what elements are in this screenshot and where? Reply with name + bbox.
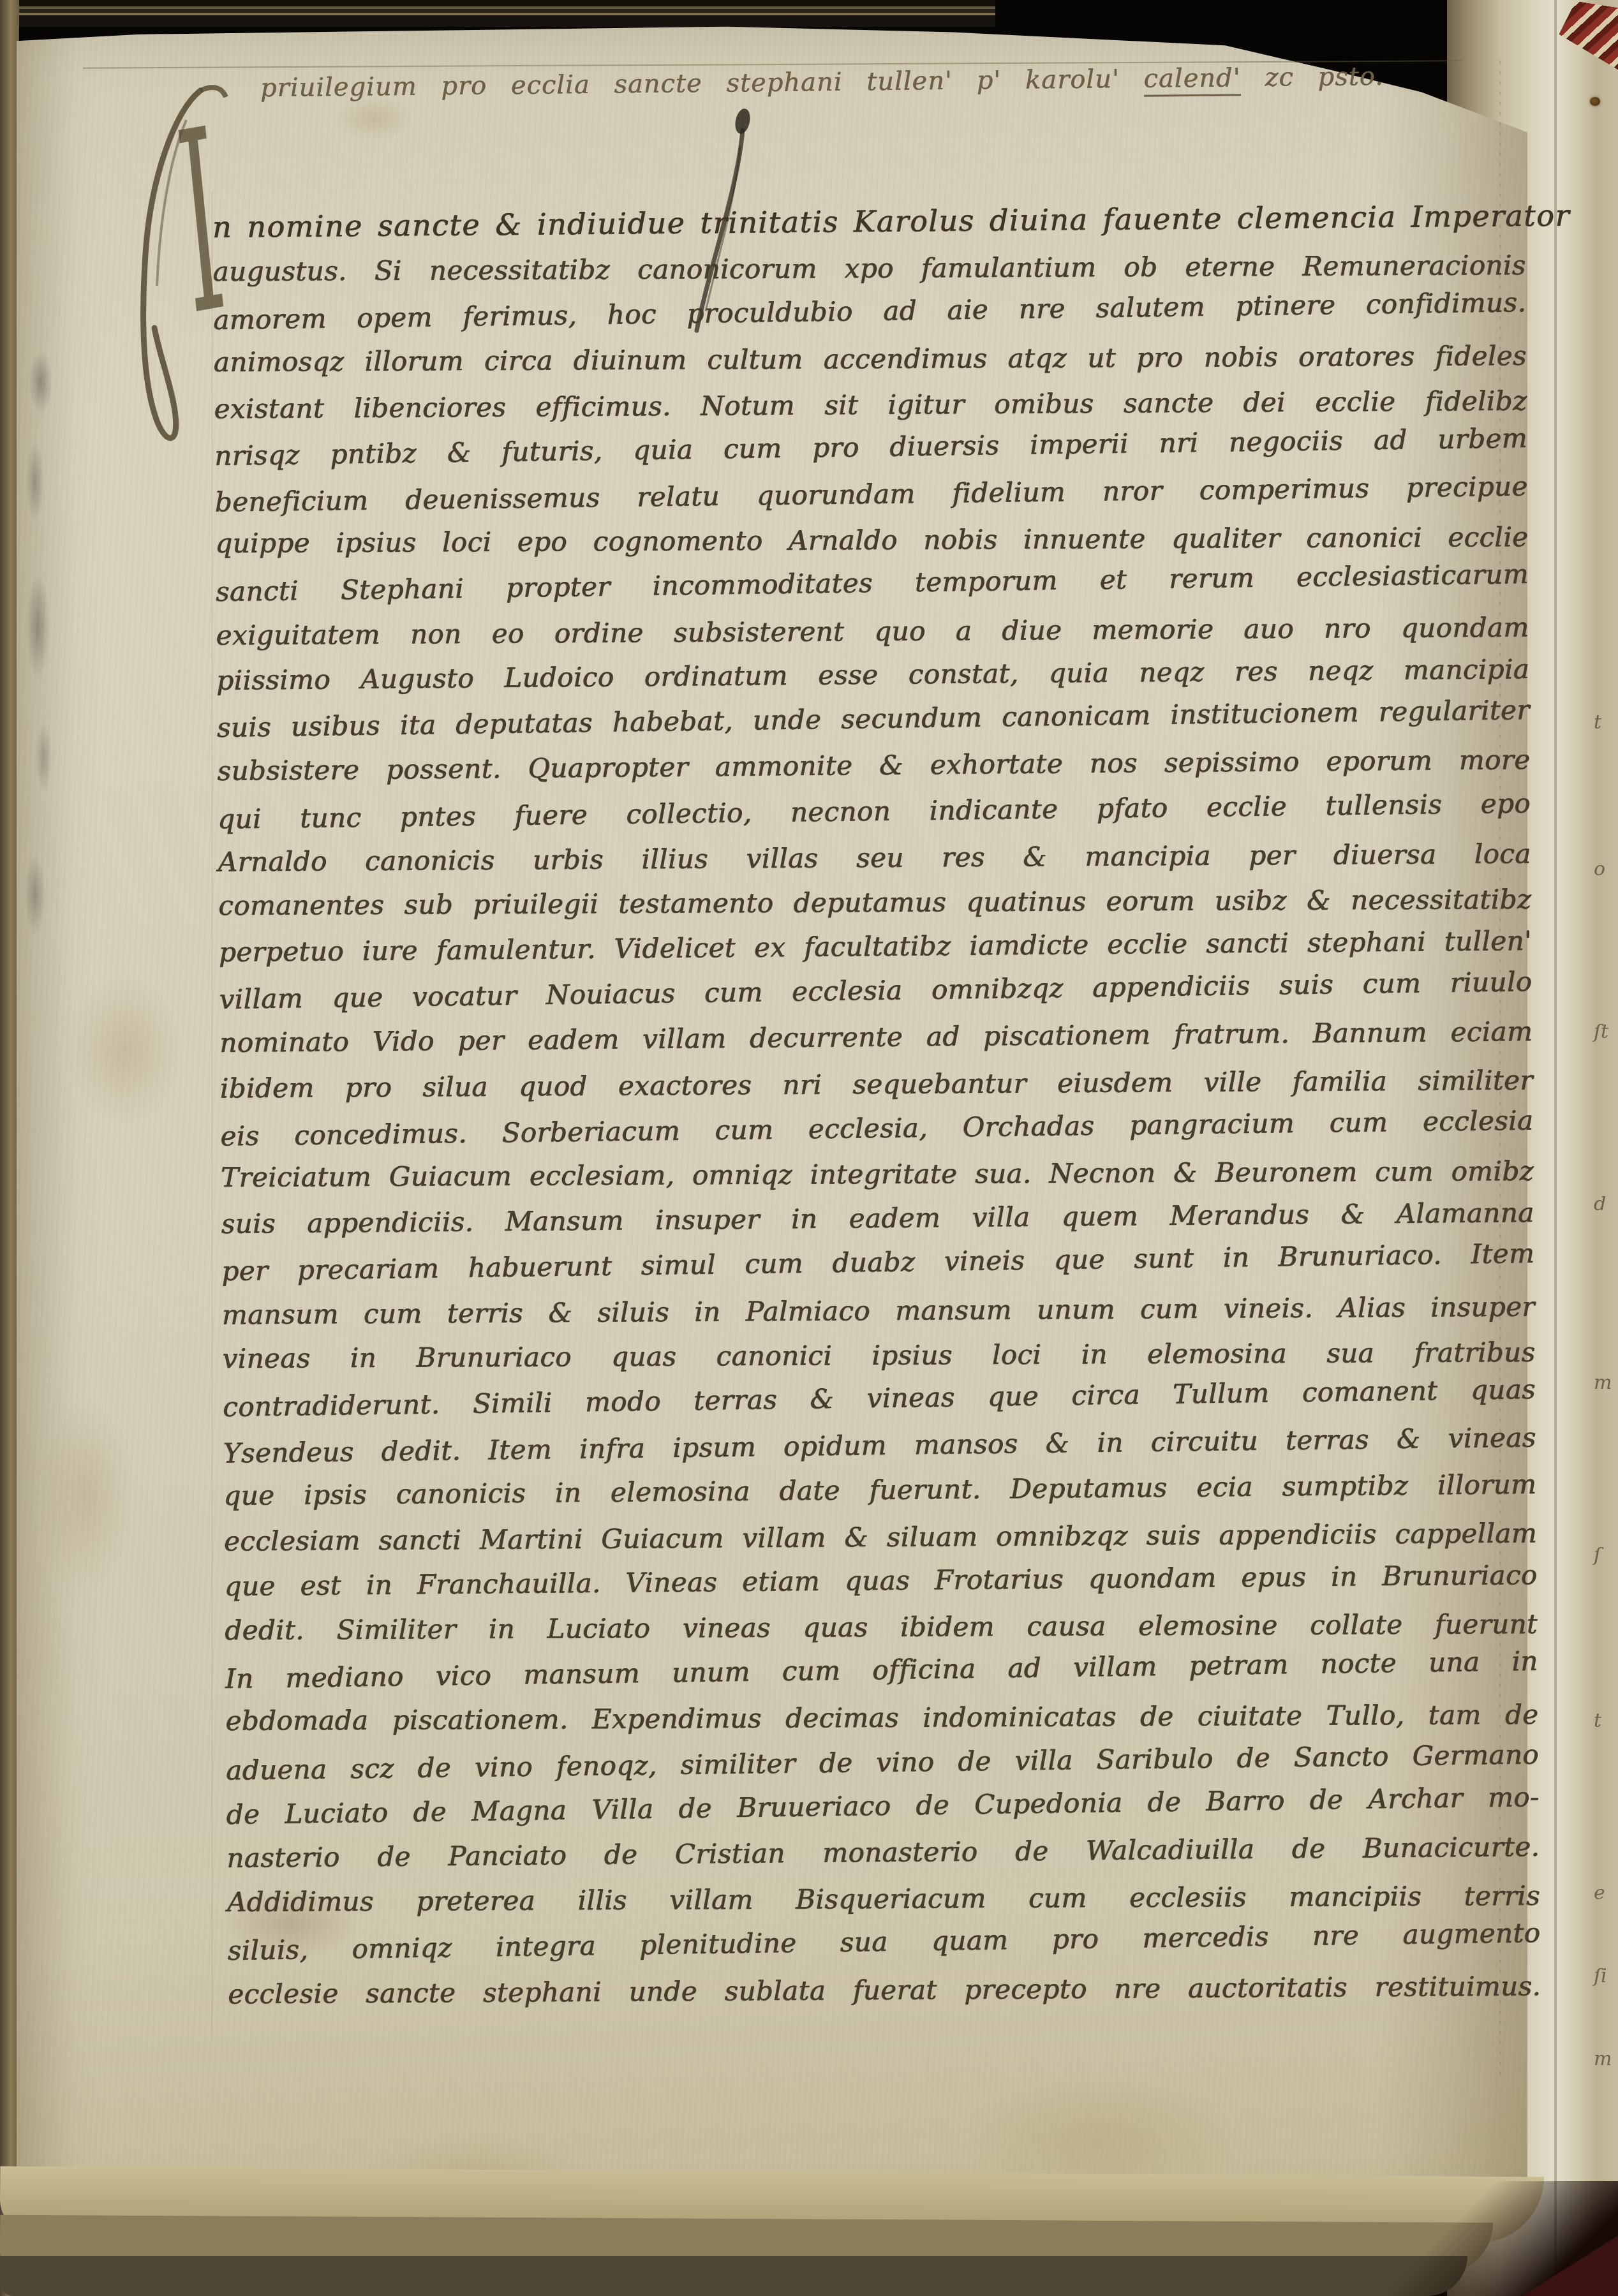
manuscript-line: ecclesie sancte stephani unde sublata fu… [228, 1963, 1541, 2017]
facing-page-text-fragment: d [1594, 1193, 1606, 1215]
gutter-crease [1554, 0, 1557, 2296]
facing-page-text-fragment: t [1594, 1710, 1601, 1732]
manuscript-line: Arnaldo canonicis urbis illius villas se… [218, 831, 1531, 885]
bottom-leaf-edge-3 [0, 2256, 1467, 2296]
manuscript-line: animosqz illorum circa diuinum cultum ac… [214, 333, 1527, 385]
header-underlined-word: calend' [1143, 63, 1241, 97]
facing-page-text-fragment: ſ [1594, 1544, 1601, 1566]
manuscript-line: Treiciatum Guiacum ecclesiam, omniqz int… [221, 1148, 1534, 1200]
manuscript-line: comanentes sub priuilegii testamento dep… [218, 877, 1531, 928]
manuscript-line: mansum cum terris & siluis in Palmiaco m… [222, 1284, 1535, 1338]
text-lines: n nomine sancte & indiuidue trinitatis K… [212, 193, 1541, 2017]
top-page-edges [0, 0, 995, 27]
facing-page-text-fragment: ſi [1594, 1965, 1607, 1987]
facing-page-text-fragment: o [1594, 858, 1605, 880]
facing-page-text-fragment: m [1594, 1372, 1612, 1394]
header-text-after: zc psto. [1265, 62, 1384, 93]
facing-page-text-fragment: ſt [1594, 1021, 1608, 1043]
facing-page-text-fragment: m [1594, 2048, 1612, 2070]
manuscript-photo: priuilegium pro ecclia sancte stephani t… [0, 0, 1618, 2296]
facing-page-text-fragment: t [1594, 711, 1601, 734]
manuscript-line: ecclesiam sancti Martini Guiacum villam … [224, 1511, 1537, 1564]
binding-edge [0, 0, 19, 2296]
manuscript-line: exiguitatem non eo ordine subsisterent q… [216, 605, 1529, 658]
facing-page-text-fragment: e [1594, 1882, 1605, 1904]
edge-smudges [18, 344, 75, 970]
wormhole [1590, 97, 1600, 106]
